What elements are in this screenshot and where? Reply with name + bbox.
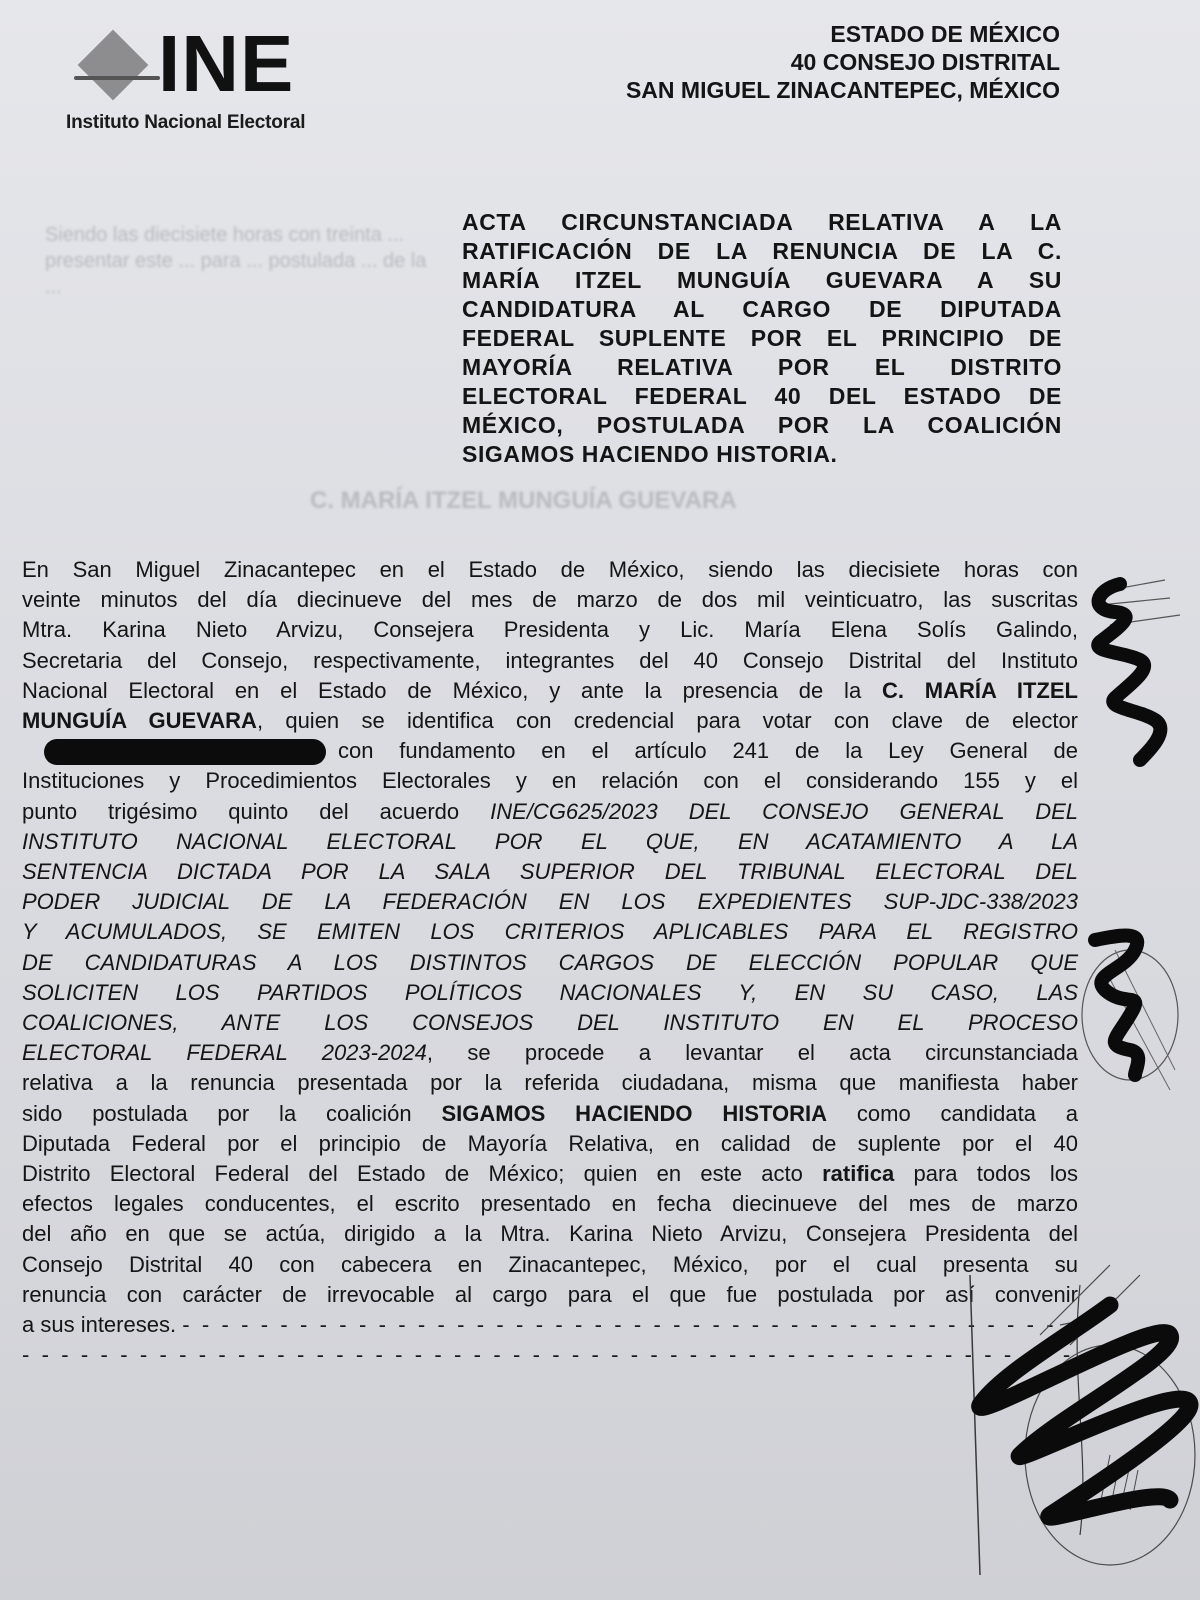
- body-paragraph: En San Miguel Zinacantepec en el Estado …: [22, 555, 1078, 1370]
- bleed-through-name: C. MARÍA ITZEL MUNGUÍA GUEVARA: [310, 488, 737, 514]
- bleed-through-text: Siendo las diecisiete horas con treinta …: [45, 222, 445, 300]
- body-line: efectos legales conducentes, el escrito …: [22, 1189, 1078, 1219]
- body-line: Mtra. Karina Nieto Arvizu, Consejera Pre…: [22, 615, 1078, 645]
- logo-acronym: INE: [158, 24, 294, 104]
- body-text: Nacional Electoral en el Estado de Méxic…: [22, 678, 882, 703]
- body-line: del año en que se actúa, dirigido a la M…: [22, 1219, 1078, 1249]
- body-text: para todos los: [894, 1161, 1078, 1186]
- header-council: 40 CONSEJO DISTRITAL: [626, 48, 1060, 76]
- body-line: relativa a la renuncia presentada por la…: [22, 1068, 1078, 1098]
- body-line: En San Miguel Zinacantepec en el Estado …: [22, 555, 1078, 585]
- body-line: a sus intereses. - - - - - - - - - - - -…: [22, 1310, 1078, 1340]
- body-text: Distrito Electoral Federal del Estado de…: [22, 1161, 822, 1186]
- body-text: ELECTORAL FEDERAL 2023-2024: [22, 1040, 427, 1065]
- body-line: Distrito Electoral Federal del Estado de…: [22, 1159, 1078, 1189]
- body-line: PODER JUDICIAL DE LA FEDERACIÓN EN LOS E…: [22, 887, 1078, 917]
- redaction-mark: [44, 739, 326, 765]
- title-line: ACTA CIRCUNSTANCIADA RELATIVA A LA: [462, 208, 1062, 237]
- body-text: punto trigésimo quinto del acuerdo: [22, 799, 490, 824]
- logo-institution-name: Instituto Nacional Electoral: [66, 112, 305, 134]
- body-line: Y ACUMULADOS, SE EMITEN LOS CRITERIOS AP…: [22, 917, 1078, 947]
- body-line: renuncia con carácter de irrevocable al …: [22, 1280, 1078, 1310]
- document-page: INE Instituto Nacional Electoral ESTADO …: [0, 0, 1200, 1600]
- title-line: CANDIDATURA AL CARGO DE DIPUTADA: [462, 295, 1062, 324]
- dash-fill: - - - - - - - - - - - - - - - - - - - - …: [182, 1312, 1078, 1337]
- document-header: ESTADO DE MÉXICO 40 CONSEJO DISTRITAL SA…: [626, 20, 1060, 104]
- body-line: sido postulada por la coalición SIGAMOS …: [22, 1099, 1078, 1129]
- body-line: ELECTORAL FEDERAL 2023-2024, se procede …: [22, 1038, 1078, 1068]
- candidate-name: C. MARÍA ITZEL: [882, 678, 1078, 703]
- document-title: ACTA CIRCUNSTANCIADA RELATIVA A LA RATIF…: [462, 208, 1062, 469]
- signature-scribble-2-icon: [1075, 920, 1200, 1100]
- body-line: DE CANDIDATURAS A LOS DISTINTOS CARGOS D…: [22, 948, 1078, 978]
- body-line: SOLICITEN LOS PARTIDOS POLÍTICOS NACIONA…: [22, 978, 1078, 1008]
- body-text: , quien se identifica con credencial par…: [257, 708, 1078, 733]
- ine-logo: INE Instituto Nacional Electoral: [66, 30, 336, 140]
- body-line: MUNGUÍA GUEVARA, quien se identifica con…: [22, 706, 1078, 736]
- title-line: RATIFICACIÓN DE LA RENUNCIA DE LA C.: [462, 237, 1062, 266]
- body-line: SENTENCIA DICTADA POR LA SALA SUPERIOR D…: [22, 857, 1078, 887]
- body-line: con fundamento en el artículo 241 de la …: [22, 736, 1078, 766]
- body-line: punto trigésimo quinto del acuerdo INE/C…: [22, 797, 1078, 827]
- body-text: , se procede a levantar el acta circunst…: [427, 1040, 1078, 1065]
- body-text: con fundamento en el artículo 241 de la …: [338, 738, 1078, 763]
- body-line: COALICIONES, ANTE LOS CONSEJOS DEL INSTI…: [22, 1008, 1078, 1038]
- dash-fill: - - - - - - - - - - - - - - - - - - - - …: [22, 1342, 1078, 1367]
- ballot-slot-icon: [74, 76, 160, 80]
- body-text: como candidata a: [827, 1101, 1078, 1126]
- body-line: Consejo Distrital 40 con cabecera en Zin…: [22, 1250, 1078, 1280]
- body-line: veinte minutos del día diecinueve del me…: [22, 585, 1078, 615]
- body-text: sido postulada por la coalición: [22, 1101, 441, 1126]
- body-line: Secretaria del Consejo, respectivamente,…: [22, 646, 1078, 676]
- header-location: SAN MIGUEL ZINACANTEPEC, MÉXICO: [626, 76, 1060, 104]
- ratifica-word: ratifica: [822, 1161, 894, 1186]
- title-line: MAYORÍA RELATIVA POR EL DISTRITO: [462, 353, 1062, 382]
- coalition-name: SIGAMOS HACIENDO HISTORIA: [441, 1101, 827, 1126]
- agreement-reference: INE/CG625/2023 DEL CONSEJO GENERAL DEL: [490, 799, 1078, 824]
- title-line: SIGAMOS HACIENDO HISTORIA.: [462, 440, 1062, 469]
- body-line: Diputada Federal por el principio de May…: [22, 1129, 1078, 1159]
- ballot-box-icon: [78, 30, 149, 101]
- header-state: ESTADO DE MÉXICO: [626, 20, 1060, 48]
- body-line: INSTITUTO NACIONAL ELECTORAL POR EL QUE,…: [22, 827, 1078, 857]
- candidate-surname: MUNGUÍA GUEVARA: [22, 708, 257, 733]
- signature-scribble-1-icon: [1070, 570, 1200, 780]
- body-text: a sus intereses.: [22, 1312, 176, 1337]
- title-line: FEDERAL SUPLENTE POR EL PRINCIPIO DE: [462, 324, 1062, 353]
- title-line: MÉXICO, POSTULADA POR LA COALICIÓN: [462, 411, 1062, 440]
- title-line: MARÍA ITZEL MUNGUÍA GUEVARA A SU: [462, 266, 1062, 295]
- body-line: Nacional Electoral en el Estado de Méxic…: [22, 676, 1078, 706]
- title-line: ELECTORAL FEDERAL 40 DEL ESTADO DE: [462, 382, 1062, 411]
- body-line: - - - - - - - - - - - - - - - - - - - - …: [22, 1340, 1078, 1370]
- body-line: Instituciones y Procedimientos Electoral…: [22, 766, 1078, 796]
